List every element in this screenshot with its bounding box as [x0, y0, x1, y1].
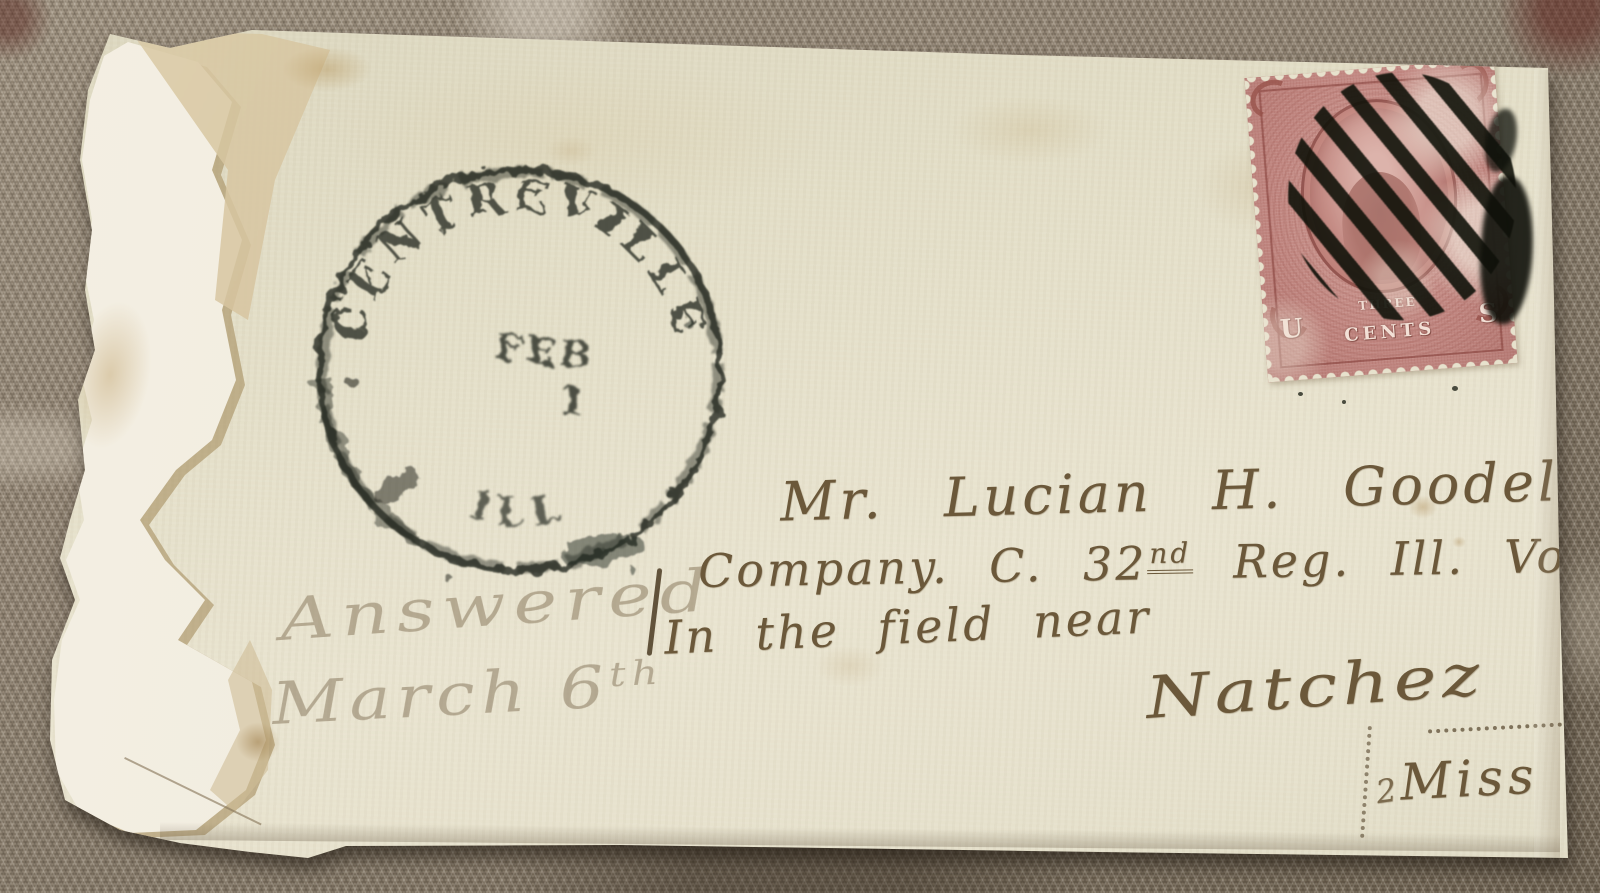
postmark-month: FEB: [494, 326, 599, 378]
address-unit-ordinal: nd: [1147, 536, 1194, 574]
address-state: Miss: [1399, 746, 1540, 811]
envelope-shadow: CENTREVILLE ILL FEB 1: [0, 0, 1600, 893]
ink-speck: [1452, 386, 1458, 391]
postmark-town-arc: CENTREVILLE: [323, 169, 718, 347]
postmark-state-arc: ILL: [466, 481, 574, 536]
docket-date-ordinal: th: [608, 652, 665, 695]
ink-speck: [1342, 400, 1346, 404]
postmark-day: 1: [556, 377, 588, 425]
postmark: CENTREVILLE ILL FEB 1: [302, 152, 738, 588]
address-unit-prefix: Company. C. 32: [698, 536, 1148, 598]
ink-speck: [1298, 392, 1303, 396]
envelope: CENTREVILLE ILL FEB 1: [0, 0, 1600, 893]
postage-stamp: U S THREE CENTS: [1244, 59, 1517, 383]
photo-backdrop: CENTREVILLE ILL FEB 1: [0, 0, 1600, 893]
envelope-right-edge: [1534, 70, 1560, 860]
